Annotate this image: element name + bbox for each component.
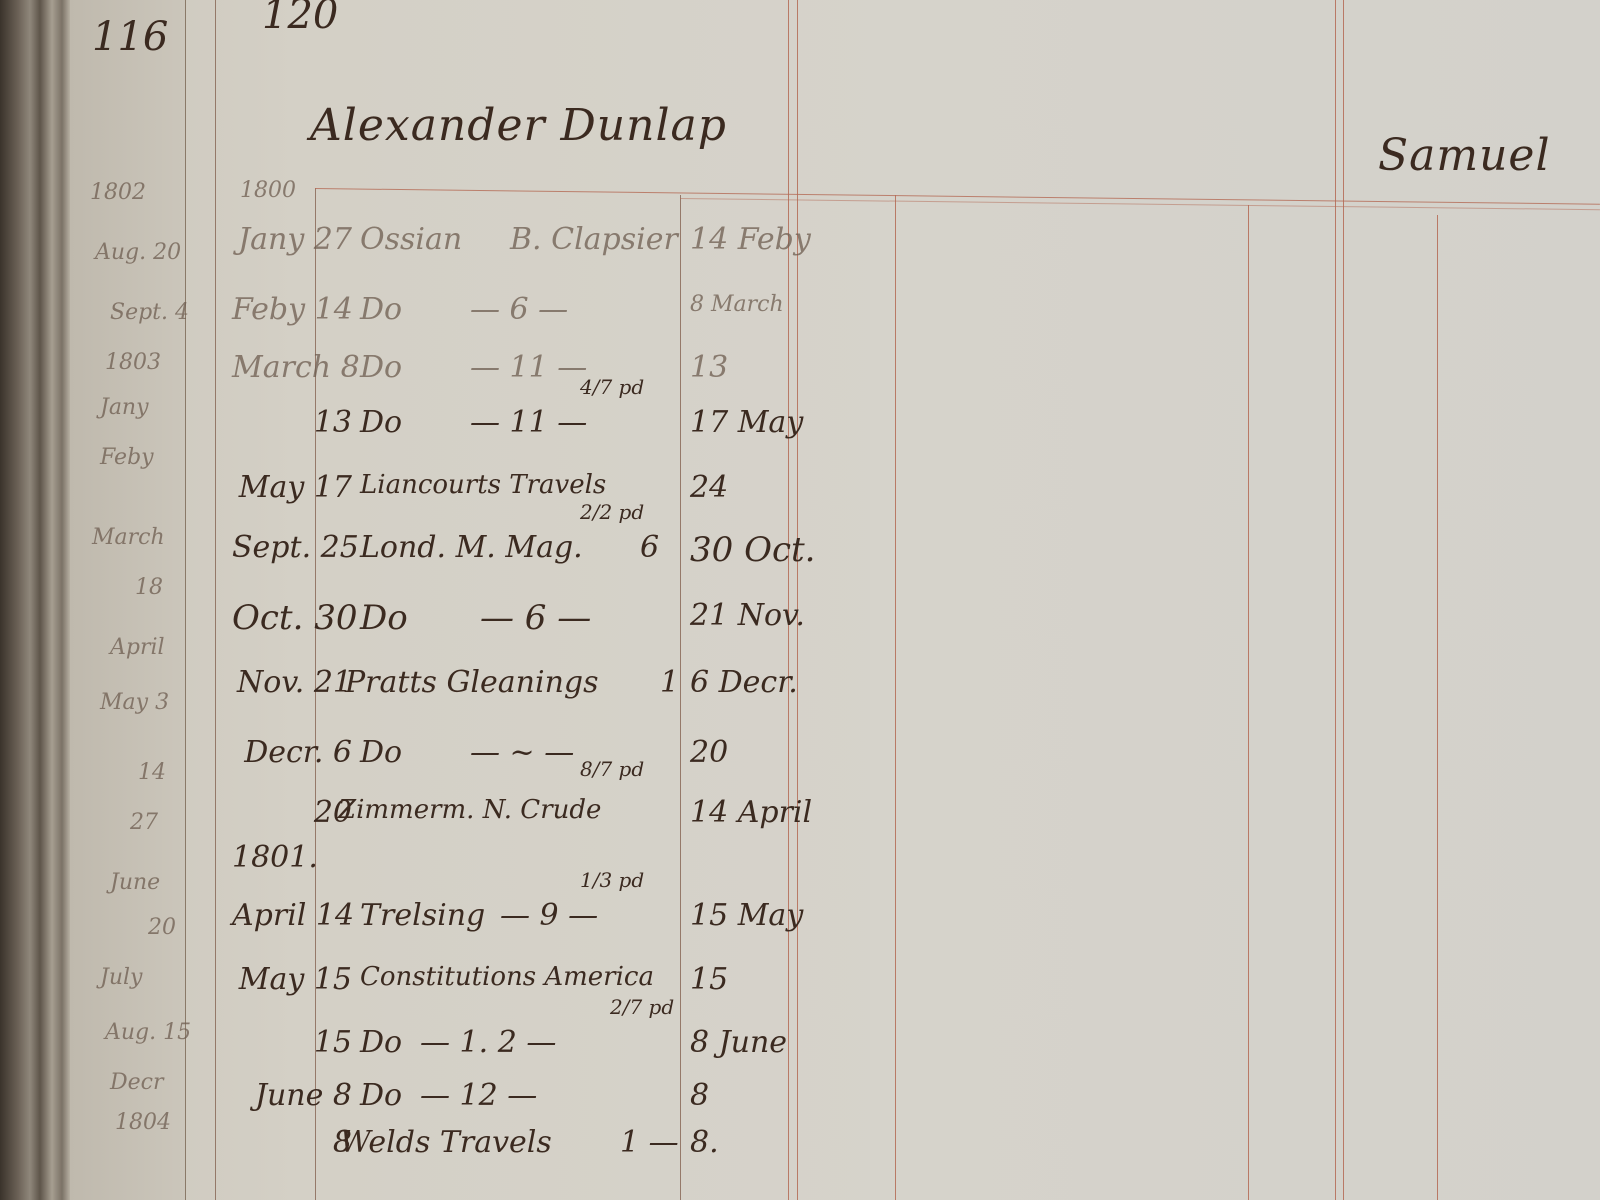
entry-title: Do bbox=[360, 292, 402, 327]
entry-title: Do bbox=[360, 1078, 402, 1113]
entry-date: 13 bbox=[232, 405, 352, 440]
entry-date: Oct. 30 bbox=[232, 598, 352, 638]
entry-title: Lond. M. Mag. bbox=[360, 530, 583, 565]
entry-amount: B. Clapsier bbox=[510, 222, 678, 257]
entry-returned: 20 bbox=[690, 735, 728, 770]
entry-title: Do bbox=[360, 598, 408, 638]
entry-returned: 15 May bbox=[690, 898, 803, 933]
left-page-number: 116 bbox=[92, 14, 168, 60]
page-number: 120 bbox=[262, 0, 338, 38]
margin-entry: Feby bbox=[100, 445, 154, 470]
ledger-row: Feby 14 Do — 6 — 8 March bbox=[0, 292, 1600, 332]
entry-amount: — 6 — bbox=[470, 292, 568, 327]
entry-title: Constitutions America bbox=[360, 962, 654, 992]
margin-entry: 1802 bbox=[90, 180, 146, 205]
ledger-row: June 8 Do — 12 — 8 bbox=[0, 1078, 1600, 1118]
entry-year: 1801. bbox=[232, 840, 352, 875]
entry-fraction: 2/2 pd bbox=[580, 500, 644, 524]
entry-date: May 15 bbox=[232, 962, 352, 997]
entry-returned: 8 June bbox=[690, 1025, 787, 1060]
entry-amount: — 1. 2 — bbox=[420, 1025, 556, 1060]
ledger-row: April 14 Trelsing — 9 — 1/3 pd 15 May bbox=[0, 898, 1600, 938]
entry-amount: — 12 — bbox=[420, 1078, 537, 1113]
ledger-row: May 17 Liancourts Travels 24 bbox=[0, 470, 1600, 510]
entry-title: Trelsing bbox=[360, 898, 485, 933]
entry-date: April 14 bbox=[232, 898, 352, 933]
entry-title: Pratts Gleanings bbox=[345, 665, 599, 700]
ledger-row: 20 Zimmerm. N. Crude 14 April bbox=[0, 795, 1600, 835]
entry-amount: — 6 — bbox=[480, 598, 591, 638]
entry-returned: 8 bbox=[690, 1078, 709, 1113]
entry-date: 20 bbox=[232, 795, 352, 830]
ledger-row: Nov. 21 Pratts Gleanings 1 6 Decr. bbox=[0, 665, 1600, 705]
ledger-row: 13 Do — 11 — 4/7 pd 17 May bbox=[0, 405, 1600, 445]
entry-returned: 17 May bbox=[690, 405, 803, 440]
entry-date: 15 bbox=[232, 1025, 352, 1060]
entry-amount: — 9 — bbox=[500, 898, 598, 933]
margin-entry: 18 bbox=[135, 575, 163, 600]
entry-title: Do bbox=[360, 350, 402, 385]
entry-returned: 14 Feby bbox=[690, 222, 811, 257]
entry-title: Welds Travels bbox=[340, 1125, 552, 1160]
entry-returned: 15 bbox=[690, 962, 728, 997]
ledger-row: 15 Do — 1. 2 — 2/7 pd 8 June bbox=[0, 1025, 1600, 1065]
entry-amount: 6 bbox=[640, 530, 659, 565]
entry-date: May 17 bbox=[232, 470, 352, 505]
entry-amount: 1 bbox=[660, 665, 679, 700]
year-header: 1800 bbox=[240, 178, 296, 203]
margin-entry: April bbox=[110, 635, 165, 660]
ledger-row: 8 Welds Travels 1 — 8. bbox=[0, 1125, 1600, 1165]
ledger-row: Oct. 30 Do — 6 — 21 Nov. bbox=[0, 598, 1600, 638]
entry-amount: — 11 — bbox=[470, 405, 587, 440]
entry-returned: 30 Oct. bbox=[690, 530, 815, 570]
entry-date: June 8 bbox=[232, 1078, 352, 1113]
entry-returned: 8 March bbox=[690, 292, 784, 317]
entry-amount: — 11 — bbox=[470, 350, 587, 385]
ledger-row: May 15 Constitutions America 15 bbox=[0, 962, 1600, 1002]
account-name: Alexander Dunlap bbox=[310, 100, 727, 151]
ledger-row: Jany 27 Ossian B. Clapsier 14 Feby bbox=[0, 222, 1600, 262]
entry-returned: 21 Nov. bbox=[690, 598, 805, 633]
entry-returned: 13 bbox=[690, 350, 728, 385]
entry-title: Ossian bbox=[360, 222, 462, 257]
entry-fraction: 2/7 pd bbox=[610, 995, 674, 1019]
rule-header-double bbox=[680, 198, 1600, 210]
entry-title: Do bbox=[360, 405, 402, 440]
entry-date: 8 bbox=[232, 1125, 352, 1160]
ledger-row: 1801. bbox=[0, 840, 1600, 880]
entry-date: March 8 bbox=[232, 350, 352, 385]
entry-amount: 1 — bbox=[620, 1125, 679, 1160]
ledger-row: Sept. 25 Lond. M. Mag. 6 2/2 pd 30 Oct. bbox=[0, 530, 1600, 570]
entry-date: Decr. 6 bbox=[232, 735, 352, 770]
entry-returned: 8. bbox=[690, 1125, 719, 1160]
entry-date: Sept. 25 bbox=[232, 530, 352, 565]
entry-returned: 14 April bbox=[690, 795, 812, 830]
entry-returned: 6 Decr. bbox=[690, 665, 798, 700]
entry-fraction: 1/3 pd bbox=[580, 868, 644, 892]
entry-date: Jany 27 bbox=[232, 222, 352, 257]
entry-title: Do bbox=[360, 1025, 402, 1060]
entry-fraction: 8/7 pd bbox=[580, 757, 644, 781]
next-account-name: Samuel bbox=[1378, 130, 1551, 181]
entry-title: Zimmerm. N. Crude bbox=[338, 795, 601, 825]
entry-returned: 24 bbox=[690, 470, 728, 505]
ledger-row: Decr. 6 Do — ~ — 8/7 pd 20 bbox=[0, 735, 1600, 775]
entry-amount: — ~ — bbox=[470, 735, 574, 770]
ledger-page: 116 120 Alexander Dunlap Samuel 1802 Aug… bbox=[0, 0, 1600, 1200]
entry-date: Nov. 21 bbox=[232, 665, 352, 700]
entry-title: Liancourts Travels bbox=[360, 470, 606, 500]
entry-fraction: 4/7 pd bbox=[580, 375, 644, 399]
ledger-row: March 8 Do — 11 — 13 bbox=[0, 350, 1600, 390]
entry-date: Feby 14 bbox=[232, 292, 352, 327]
entry-title: Do bbox=[360, 735, 402, 770]
